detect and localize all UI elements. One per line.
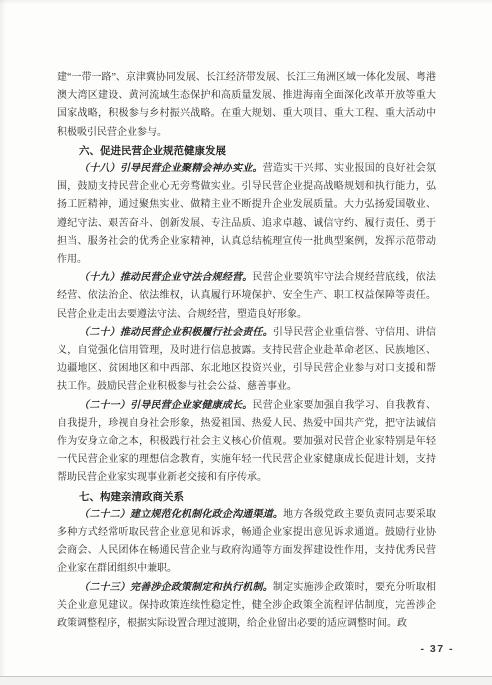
scanned-document-page: 建“一带一路”、京津冀协同发展、长江经济带发展、长江三角洲区域一体化发展、粤港澳… [0, 0, 492, 685]
paragraph-21-lead: （二十一）引导民营企业家健康成长。 [79, 400, 253, 411]
page-number: - 37 - [420, 643, 454, 655]
document-body: 建“一带一路”、京津冀协同发展、长江经济带发展、长江三角洲区域一体化发展、粤港澳… [57, 69, 436, 633]
paragraph-20-lead: （二十）推动民营企业积极履行社会责任。 [79, 327, 273, 338]
paragraph-22-lead: （二十二）建立规范化机制化政企沟通渠道。 [79, 509, 283, 520]
paragraph-item-19: （十九）推动民营企业守法合规经营。民营企业要筑牢守法合规经营底线，依法经营、依法… [57, 269, 436, 324]
paragraph-19-lead: （十九）推动民营企业守法合规经营。 [79, 272, 253, 283]
scan-edge-left [0, 0, 6, 685]
section-heading-seven: 七、构建亲清政商关系 [57, 488, 436, 506]
paragraph-18-text: 营造实干兴邦、实业报国的良好社会氛围，鼓励支持民营企业心无旁骛做实业。引导民营企… [57, 163, 436, 265]
paragraph-item-23: （二十三）完善涉企政策制定和执行机制。制定实施涉企政策时，要充分听取相关企业意见… [57, 579, 436, 634]
scan-edge-top [0, 0, 492, 4]
paragraph-item-22: （二十二）建立规范化机制化政企沟通渠道。地方各级党政主要负责同志要采取多种方式经… [57, 506, 436, 579]
paragraph-23-lead: （二十三）完善涉企政策制定和执行机制。 [79, 582, 273, 593]
section-heading-six: 六、促进民营企业规范健康发展 [57, 142, 436, 160]
paragraph-item-21: （二十一）引导民营企业家健康成长。民营企业家要加强自我学习、自我教育、自我提升，… [57, 397, 436, 488]
paragraph-item-18: （十八）引导民营企业聚精会神办实业。营造实干兴邦、实业报国的良好社会氛围，鼓励支… [57, 160, 436, 269]
paragraph-18-lead: （十八）引导民营企业聚精会神办实业。 [79, 163, 263, 174]
paragraph-continuation: 建“一带一路”、京津冀协同发展、长江经济带发展、长江三角洲区域一体化发展、粤港澳… [57, 69, 436, 142]
paragraph-21-text: 民营企业家要加强自我学习、自我教育、自我提升，珍视自身社会形象，热爱祖国、热爱人… [57, 400, 436, 484]
paragraph-item-20: （二十）推动民营企业积极履行社会责任。引导民营企业重信誉、守信用、讲信义，自觉强… [57, 324, 436, 397]
scan-edge-bottom [0, 676, 492, 685]
